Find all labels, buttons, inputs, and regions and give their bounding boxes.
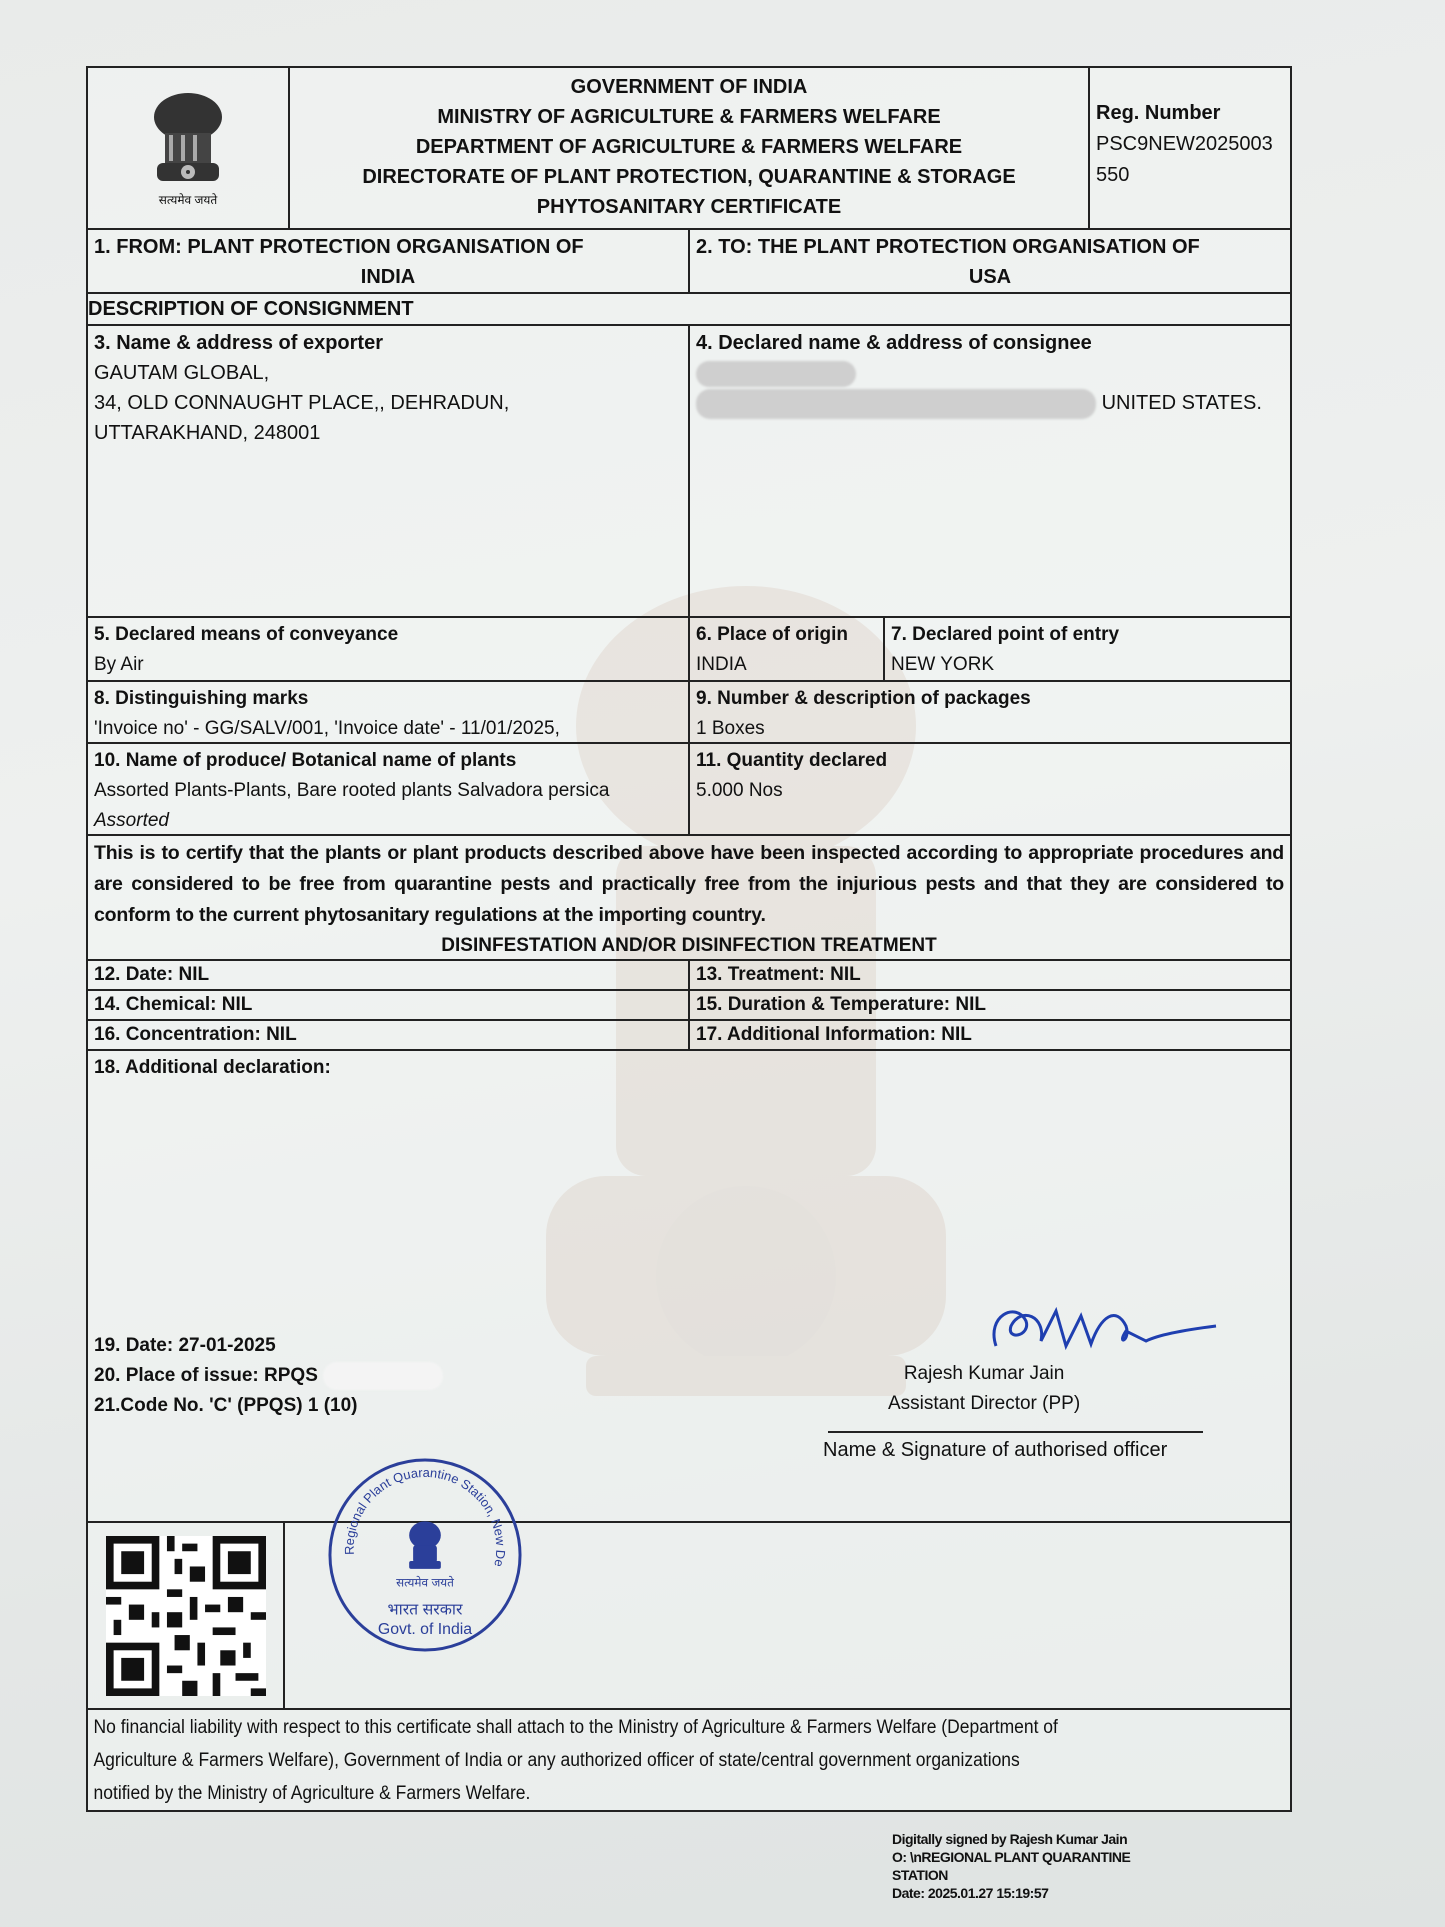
govt-title: GOVERNMENT OF INDIA [296, 72, 1082, 102]
certificate-table: सत्यमेव जयते GOVERNMENT OF INDIA MINISTR… [86, 66, 1292, 1812]
disclaimer-line-3: notified by the Ministry of Agriculture … [88, 1778, 1295, 1811]
conveyance-label: 5. Declared means of conveyance [94, 620, 682, 650]
consignment-heading: DESCRIPTION OF CONSIGNMENT [88, 292, 1290, 324]
entry-cell: 7. Declared point of entry NEW YORK [883, 618, 1290, 680]
digital-signed-by: Digitally signed by Rajesh Kumar Jain [892, 1830, 1130, 1848]
issue-date: 19. Date: 27-01-2025 [94, 1331, 443, 1361]
consignee-label: 4. Declared name & address of consignee [696, 328, 1284, 358]
digital-signature-block: Digitally signed by Rajesh Kumar Jain O:… [892, 1830, 1130, 1902]
marks-row: 8. Distinguishing marks 'Invoice no' - G… [88, 680, 1290, 742]
from-cell: 1. FROM: PLANT PROTECTION ORGANISATION O… [88, 230, 688, 292]
additional-declaration-label: 18. Additional declaration: [88, 1051, 337, 1085]
consignee-name-redacted [696, 358, 1284, 388]
issue-code: 21.Code No. 'C' (PPQS) 1 (10) [94, 1391, 443, 1421]
origin-cell: 6. Place of origin INDIA [688, 618, 883, 680]
national-emblem-icon [143, 89, 233, 189]
from-label: 1. FROM: PLANT PROTECTION ORGANISATION O… [94, 232, 682, 262]
ministry-title: MINISTRY OF AGRICULTURE & FARMERS WELFAR… [296, 102, 1082, 132]
conveyance-value: By Air [94, 650, 682, 680]
exporter-name: GAUTAM GLOBAL, [94, 358, 682, 388]
qr-code[interactable] [88, 1523, 285, 1708]
treatment-chemical: 14. Chemical: NIL [88, 991, 688, 1019]
certificate-title: PHYTOSANITARY CERTIFICATE [296, 192, 1082, 222]
qr-code-icon [106, 1536, 266, 1696]
treatment-additional-info: 17. Additional Information: NIL [688, 1021, 1290, 1049]
packages-value: 1 Boxes [696, 714, 1284, 744]
exporter-consignee-row: 3. Name & address of exporter GAUTAM GLO… [88, 324, 1290, 616]
entry-value: NEW YORK [891, 650, 1284, 680]
marks-cell: 8. Distinguishing marks 'Invoice no' - G… [88, 682, 688, 742]
consignee-cell: 4. Declared name & address of consignee … [688, 326, 1290, 616]
treatment-concentration: 16. Concentration: NIL [88, 1021, 688, 1049]
issue-info: 19. Date: 27-01-2025 20. Place of issue:… [94, 1331, 443, 1421]
from-to-row: 1. FROM: PLANT PROTECTION ORGANISATION O… [88, 228, 1290, 292]
exporter-address-1: 34, OLD CONNAUGHT PLACE,, DEHRADUN, [94, 388, 682, 418]
quantity-value: 5.000 Nos [696, 776, 1284, 806]
reg-number-value-cont: 550 [1096, 160, 1284, 191]
digital-date: Date: 2025.01.27 15:19:57 [892, 1884, 1130, 1902]
department-title: DEPARTMENT OF AGRICULTURE & FARMERS WELF… [296, 132, 1082, 162]
certification-text: This is to certify that the plants or pl… [88, 836, 1290, 933]
entry-label: 7. Declared point of entry [891, 620, 1284, 650]
issuing-authority: GOVERNMENT OF INDIA MINISTRY OF AGRICULT… [288, 68, 1088, 228]
to-value: USA [696, 262, 1284, 292]
officer-block: Rajesh Kumar Jain Assistant Director (PP… [888, 1359, 1080, 1419]
produce-label: 10. Name of produce/ Botanical name of p… [94, 746, 682, 776]
signature-caption: Name & Signature of authorised officer [823, 1439, 1167, 1462]
disclaimer-block: No financial liability with respect to t… [88, 1708, 1290, 1810]
emblem-motto: सत्यमेव जयते [159, 191, 217, 208]
conveyance-row: 5. Declared means of conveyance By Air 6… [88, 616, 1290, 680]
marks-label: 8. Distinguishing marks [94, 684, 682, 714]
to-label: 2. TO: THE PLANT PROTECTION ORGANISATION… [696, 232, 1284, 262]
emblem-cell: सत्यमेव जयते [88, 68, 288, 228]
treatment-row-1: 12. Date: NIL 13. Treatment: NIL [88, 959, 1290, 989]
treatment-row-2: 14. Chemical: NIL 15. Duration & Tempera… [88, 989, 1290, 1019]
treatment-type: 13. Treatment: NIL [688, 961, 1290, 989]
directorate-title: DIRECTORATE OF PLANT PROTECTION, QUARANT… [296, 162, 1082, 192]
treatment-heading: DISINFESTATION AND/OR DISINFECTION TREAT… [88, 933, 1290, 959]
from-value: INDIA [94, 262, 682, 292]
treatment-duration: 15. Duration & Temperature: NIL [688, 991, 1290, 1019]
issue-place: 20. Place of issue: RPQS [94, 1361, 443, 1391]
disclaimer-line-2: Agriculture & Farmers Welfare), Governme… [88, 1745, 1295, 1778]
digital-org-cont: STATION [892, 1866, 1130, 1884]
marks-value: 'Invoice no' - GG/SALV/001, 'Invoice dat… [94, 714, 682, 744]
packages-cell: 9. Number & description of packages 1 Bo… [688, 682, 1290, 742]
treatment-date: 12. Date: NIL [88, 961, 688, 989]
disclaimer-line-1: No financial liability with respect to t… [88, 1710, 1295, 1745]
reg-number-cell: Reg. Number PSC9NEW2025003 550 [1088, 68, 1290, 228]
signature-line [828, 1431, 1203, 1433]
certificate-sheet: सत्यमेव जयते GOVERNMENT OF INDIA MINISTR… [86, 66, 1326, 1776]
treatment-row-3: 16. Concentration: NIL 17. Additional In… [88, 1019, 1290, 1049]
conveyance-cell: 5. Declared means of conveyance By Air [88, 618, 688, 680]
origin-value: INDIA [696, 650, 877, 680]
origin-label: 6. Place of origin [696, 620, 877, 650]
certification-block: This is to certify that the plants or pl… [88, 834, 1290, 959]
produce-value: Assorted Plants-Plants, Bare rooted plan… [94, 776, 682, 806]
quantity-cell: 11. Quantity declared 5.000 Nos [688, 744, 1290, 834]
certificate-header: सत्यमेव जयते GOVERNMENT OF INDIA MINISTR… [88, 68, 1290, 228]
reg-number-value: PSC9NEW2025003 [1096, 129, 1284, 160]
packages-label: 9. Number & description of packages [696, 684, 1284, 714]
reg-number-label: Reg. Number [1096, 98, 1284, 129]
svg-text:Govt. of India: Govt. of India [378, 1621, 472, 1638]
qr-stamp-row [88, 1521, 1290, 1708]
produce-value-italic: Assorted [94, 806, 682, 836]
svg-text:सत्यमेव जयते: सत्यमेव जयते [396, 1576, 454, 1590]
produce-cell: 10. Name of produce/ Botanical name of p… [88, 744, 688, 834]
digital-org: O: \nREGIONAL PLANT QUARANTINE [892, 1848, 1130, 1866]
exporter-label: 3. Name & address of exporter [94, 328, 682, 358]
quantity-label: 11. Quantity declared [696, 746, 1284, 776]
svg-text:भारत सरकार: भारत सरकार [387, 1601, 463, 1618]
declaration-block: 18. Additional declaration: 19. Date: 27… [88, 1049, 1290, 1521]
official-stamp-icon: Regional Plant Quarantine Station, New D… [326, 1456, 524, 1654]
consignee-country: UNITED STATES. [1102, 392, 1262, 414]
consignee-address: UNITED STATES. [696, 388, 1284, 419]
produce-row: 10. Name of produce/ Botanical name of p… [88, 742, 1290, 834]
signature-scribble-icon [976, 1296, 1236, 1366]
exporter-cell: 3. Name & address of exporter GAUTAM GLO… [88, 326, 688, 616]
officer-title: Assistant Director (PP) [888, 1389, 1080, 1419]
to-cell: 2. TO: THE PLANT PROTECTION ORGANISATION… [688, 230, 1290, 292]
exporter-address-2: UTTARAKHAND, 248001 [94, 418, 682, 448]
